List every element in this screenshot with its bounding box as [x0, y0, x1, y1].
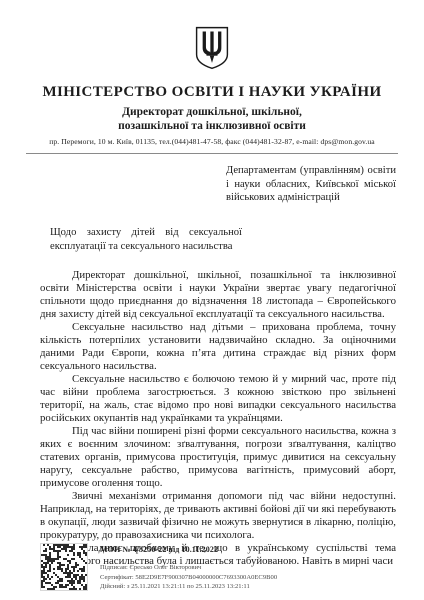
signature-details: МОН № 4/3250-22 від 10.11.2022 Підписав:…	[100, 543, 277, 592]
letter-body: Директорат дошкільної, шкільної, позашкі…	[40, 269, 396, 568]
subject-line: Щодо захисту дітей від сексуальної експл…	[50, 226, 242, 254]
signature-stamp: МОН № 4/3250-22 від 10.11.2022 Підписав:…	[40, 543, 277, 592]
document-page: МІНІСТЕРСТВО ОСВІТИ І НАУКИ УКРАЇНИ Дире…	[0, 0, 424, 600]
paragraph-1: Директорат дошкільної, шкільної, позашкі…	[40, 269, 396, 321]
validity-period: Дійсний: з 25.11.2021 13:21:11 по 25.11.…	[100, 582, 277, 592]
paragraph-2: Сексуальне насильство над дітьми – прихо…	[40, 321, 396, 373]
paragraph-3: Сексуальне насильство є болючою темою й …	[40, 373, 396, 425]
directorate-line-2: позашкільної та інклюзивної освіти	[0, 119, 424, 134]
ukraine-trident-emblem-icon	[194, 26, 230, 70]
certificate-number: Сертифікат: 58E2D9E7F900307B04000000C769…	[100, 573, 277, 583]
letterhead-divider	[26, 153, 398, 154]
qr-code-icon	[40, 543, 88, 591]
directorate-line-1: Директорат дошкільної, шкільної,	[0, 105, 424, 120]
signer-name: Підписав: Єресько Олег Вікторович	[100, 563, 277, 573]
paragraph-4: Під час війни поширені різні форми сексу…	[40, 425, 396, 490]
contact-line: пр. Перемоги, 10 м. Київ, 01135, тел.(04…	[0, 137, 424, 146]
paragraph-5: Звичні механізми отримання допомоги під …	[40, 490, 396, 542]
recipient-block: Департаментам (управлінням) освіти і нау…	[226, 164, 396, 205]
letterhead: МІНІСТЕРСТВО ОСВІТИ І НАУКИ УКРАЇНИ Дире…	[0, 0, 424, 154]
document-number: МОН № 4/3250-22 від 10.11.2022	[100, 545, 277, 554]
ministry-title: МІНІСТЕРСТВО ОСВІТИ І НАУКИ УКРАЇНИ	[0, 84, 424, 101]
directorate-title: Директорат дошкільної, шкільної, позашкі…	[0, 105, 424, 135]
